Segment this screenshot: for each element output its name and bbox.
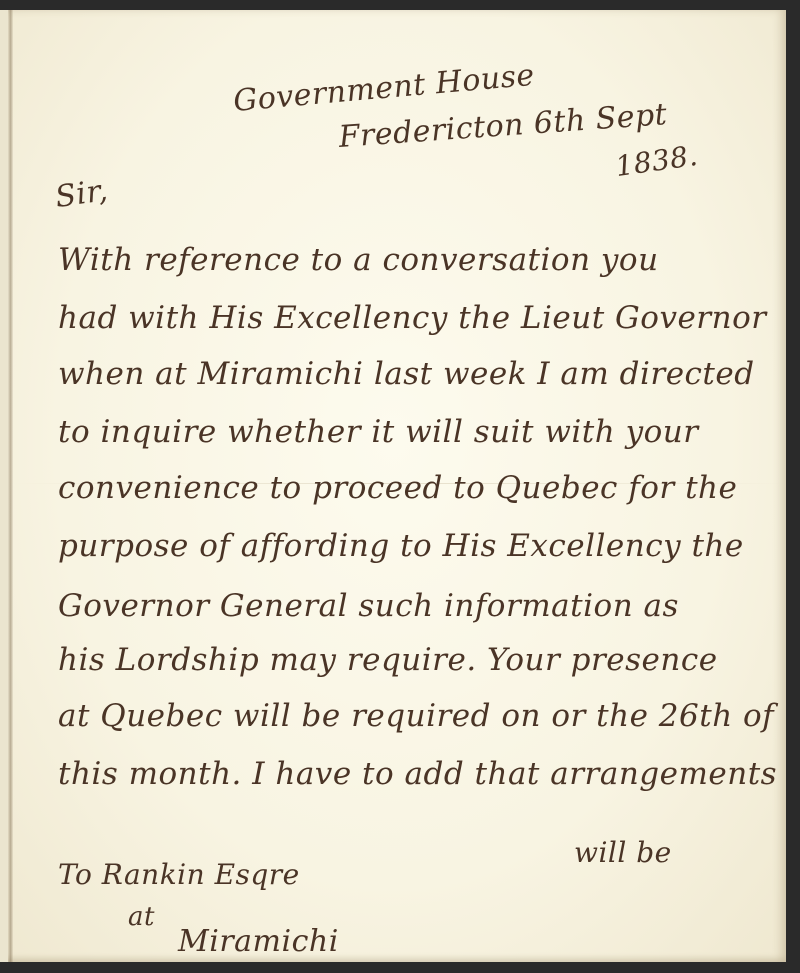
page-gutter (8, 10, 13, 962)
addressee-place: Miramichi (178, 924, 339, 959)
body-line: his Lordship may require. Your presence (58, 642, 718, 678)
body-line: Governor General such information as (58, 588, 679, 624)
body-line: at Quebec will be required on or the 26t… (58, 698, 774, 734)
body-line: this month. I have to add that arrangeme… (58, 756, 777, 792)
body-line: convenience to proceed to Quebec for the (58, 470, 737, 506)
addressee-at: at (128, 902, 155, 932)
catchword: will be (574, 836, 672, 869)
letter-year: 1838. (613, 139, 699, 183)
body-line: had with His Excellency the Lieut Govern… (58, 300, 767, 336)
salutation: Sir, (53, 173, 110, 215)
body-line: when at Miramichi last week I am directe… (58, 356, 755, 392)
body-line: to inquire whether it will suit with you… (58, 414, 699, 450)
body-line: purpose of affording to His Excellency t… (58, 528, 744, 564)
body-line: With reference to a conversation you (58, 242, 659, 278)
previous-page-edge (0, 10, 8, 962)
letter-date-line: Fredericton 6th Sept (338, 97, 669, 155)
letter-page: Government House Fredericton 6th Sept 18… (0, 10, 786, 962)
addressee-name: To Rankin Esqre (58, 858, 300, 891)
